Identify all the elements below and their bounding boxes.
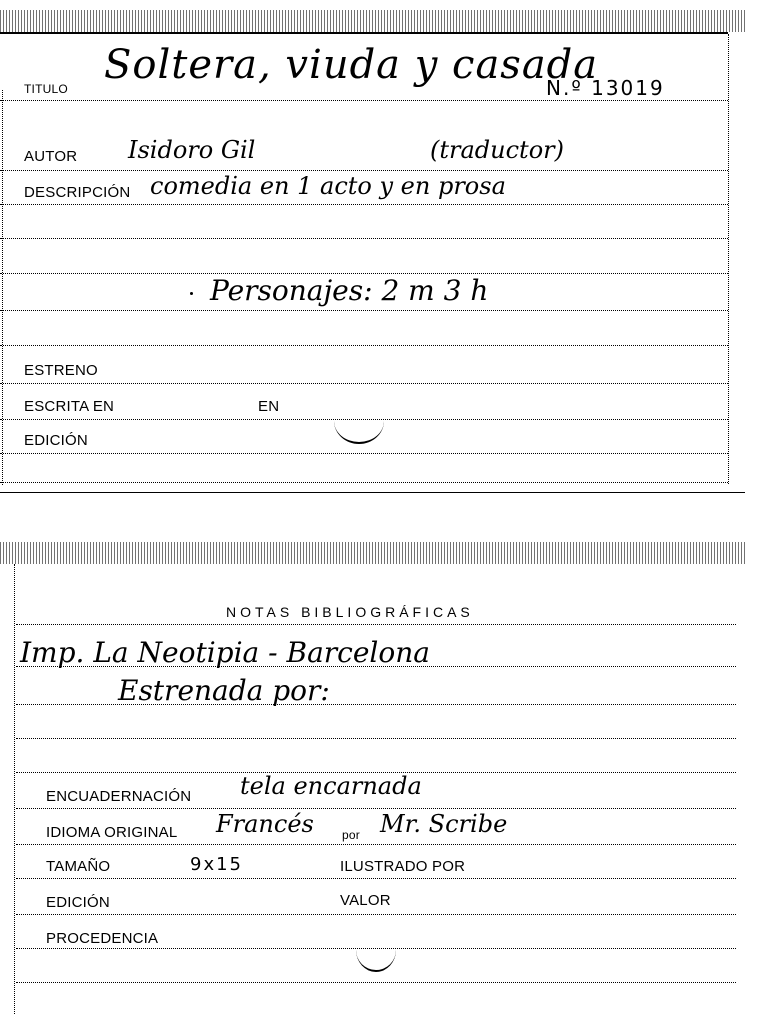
edicion-rule (0, 453, 728, 454)
personajes-value: Personajes: 2 m 3 h (210, 274, 488, 307)
blank-rule-bottom (16, 982, 736, 983)
card-left-border (2, 90, 3, 485)
idioma-original-label: IDIOMA ORIGINAL (46, 824, 177, 841)
registro-number: N.º 13019 (546, 76, 665, 100)
estreno-label: ESTRENO (24, 362, 98, 379)
idioma-original-value: Francés (216, 810, 314, 838)
punch-hole-mark (334, 398, 384, 444)
edicion-label: EDICIÓN (46, 894, 110, 911)
por-label: por (342, 828, 360, 842)
blank-rule-1 (0, 238, 728, 239)
autor-value: Isidoro Gil (128, 136, 255, 164)
titulo-value: Soltera, viuda y casada (104, 42, 598, 88)
catalog-card-back: NOTAS BIBLIOGRÁFICAS Imp. La Neotipia - … (0, 540, 745, 1028)
procedencia-label: PROCEDENCIA (46, 930, 158, 947)
autor-label: AUTOR (24, 148, 77, 165)
ink-dot (190, 292, 193, 295)
traductor-original-value: Mr. Scribe (380, 810, 507, 838)
edicion-label: EDICIÓN (24, 432, 88, 449)
encuadernacion-rule (16, 808, 736, 809)
idioma-rule (16, 844, 736, 845)
note-rule-3 (16, 738, 736, 739)
descripcion-value: comedia en 1 acto y en prosa (150, 172, 506, 200)
tamano-rule (16, 878, 736, 879)
notas-heading: NOTAS BIBLIOGRÁFICAS (226, 604, 474, 620)
card-separator (0, 492, 745, 493)
valor-label: VALOR (340, 892, 391, 909)
encuadernacion-value: tela encarnada (240, 772, 422, 800)
escrita-en-en-label: EN (258, 398, 279, 415)
tamano-label: TAMAÑO (46, 858, 110, 875)
notas-rule (16, 624, 736, 625)
card-bottom-edge (0, 482, 728, 483)
descripcion-rule (0, 204, 728, 205)
ilustrado-por-label: ILUSTRADO POR (340, 858, 465, 875)
card-right-border (728, 34, 729, 484)
punch-hole-mark (356, 928, 396, 972)
card-left-border (14, 564, 15, 1014)
note-rule-2 (16, 704, 736, 705)
edicion-rule (16, 914, 736, 915)
titulo-rule (0, 100, 728, 101)
note-line-2: Estrenada por: (118, 674, 330, 707)
note-line-1: Imp. La Neotipia - Barcelona (20, 636, 430, 669)
autor-rule (0, 170, 728, 171)
autor-role: (traductor) (430, 136, 564, 164)
note-rule-1 (16, 666, 736, 667)
estreno-rule (0, 383, 728, 384)
tamano-value: 9x15 (190, 854, 243, 875)
titulo-label: TITULO (24, 82, 68, 96)
encuadernacion-label: ENCUADERNACIÓN (46, 788, 191, 805)
personajes-rule (0, 310, 728, 311)
blank-rule-3 (0, 345, 728, 346)
descripcion-label: DESCRIPCIÓN (24, 184, 130, 201)
escrita-en-label: ESCRITA EN (24, 398, 114, 415)
catalog-card-front: TITULO Soltera, viuda y casada N.º 13019… (0, 0, 745, 490)
